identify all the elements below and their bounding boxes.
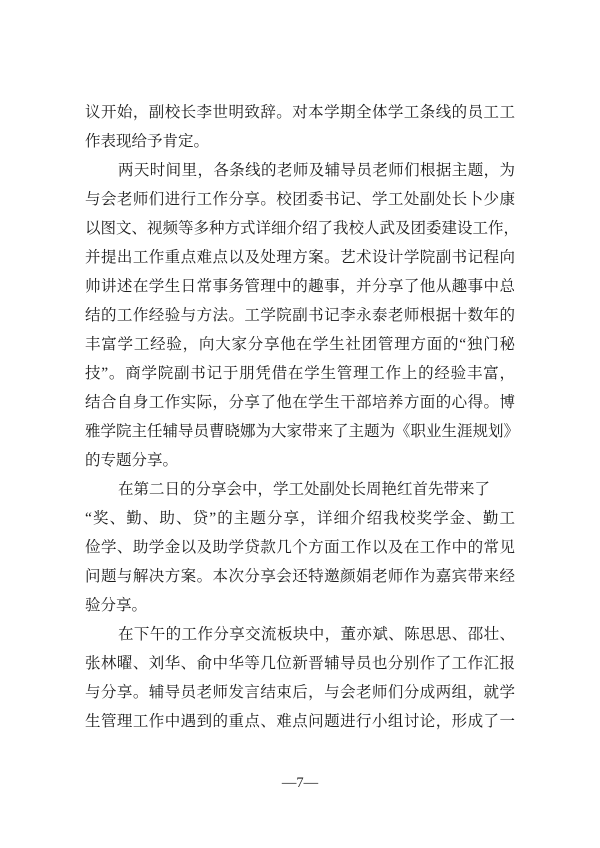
text-line: 的专题分享。 (85, 446, 515, 475)
text-line: 张林曜、刘华、俞中华等几位新晋辅导员也分别作了工作汇报 (85, 649, 515, 678)
text-line: 技”。商学院副书记于朋凭借在学生管理工作上的经验丰富， (85, 359, 515, 388)
text-line: 在第二日的分享会中，学工处副处长周艳红首先带来了 (85, 475, 515, 504)
text-line: 以图文、视频等多种方式详细介绍了我校人武及团委建设工作， (85, 214, 515, 243)
text-line: 丰富学工经验，向大家分享他在学生社团管理方面的“独门秘 (85, 330, 515, 359)
text-line: 结的工作经验与方法。工学院副书记李永泰老师根据十数年的 (85, 301, 515, 330)
text-line: 雅学院主任辅导员曹晓娜为大家带来了主题为《职业生涯规划》 (85, 417, 515, 446)
text-line: 验分享。 (85, 591, 515, 620)
text-line: “奖、勤、助、贷”的主题分享，详细介绍我校奖学金、勤工 (85, 504, 515, 533)
text-line: 俭学、助学金以及助学贷款几个方面工作以及在工作中的常见 (85, 533, 515, 562)
text-line: 结合自身工作实际，分享了他在学生干部培养方面的心得。博 (85, 388, 515, 417)
text-line: 与会老师们进行工作分享。校团委书记、学工处副处长卜少康 (85, 185, 515, 214)
text-line: 在下午的工作分享交流板块中，董亦斌、陈思思、邵壮、 (85, 620, 515, 649)
text-line: 帅讲述在学生日常事务管理中的趣事，并分享了他从趣事中总 (85, 272, 515, 301)
document-body: 议开始，副校长李世明致辞。对本学期全体学工条线的员工工 作表现给予肯定。 两天时… (85, 98, 515, 736)
text-line: 生管理工作中遇到的重点、难点问题进行小组讨论，形成了一 (85, 707, 515, 736)
page-number: —7— (282, 775, 318, 791)
text-line: 两天时间里，各条线的老师及辅导员老师们根据主题，为 (85, 156, 515, 185)
document-page: 议开始，副校长李世明致辞。对本学期全体学工条线的员工工 作表现给予肯定。 两天时… (0, 0, 600, 848)
text-line: 并提出工作重点难点以及处理方案。艺术设计学院副书记程向 (85, 243, 515, 272)
page-footer: —7— (0, 773, 600, 793)
text-line: 作表现给予肯定。 (85, 127, 515, 156)
text-line: 与分享。辅导员老师发言结束后，与会老师们分成两组，就学 (85, 678, 515, 707)
text-line: 议开始，副校长李世明致辞。对本学期全体学工条线的员工工 (85, 98, 515, 127)
text-line: 问题与解决方案。本次分享会还特邀颜娟老师作为嘉宾带来经 (85, 562, 515, 591)
